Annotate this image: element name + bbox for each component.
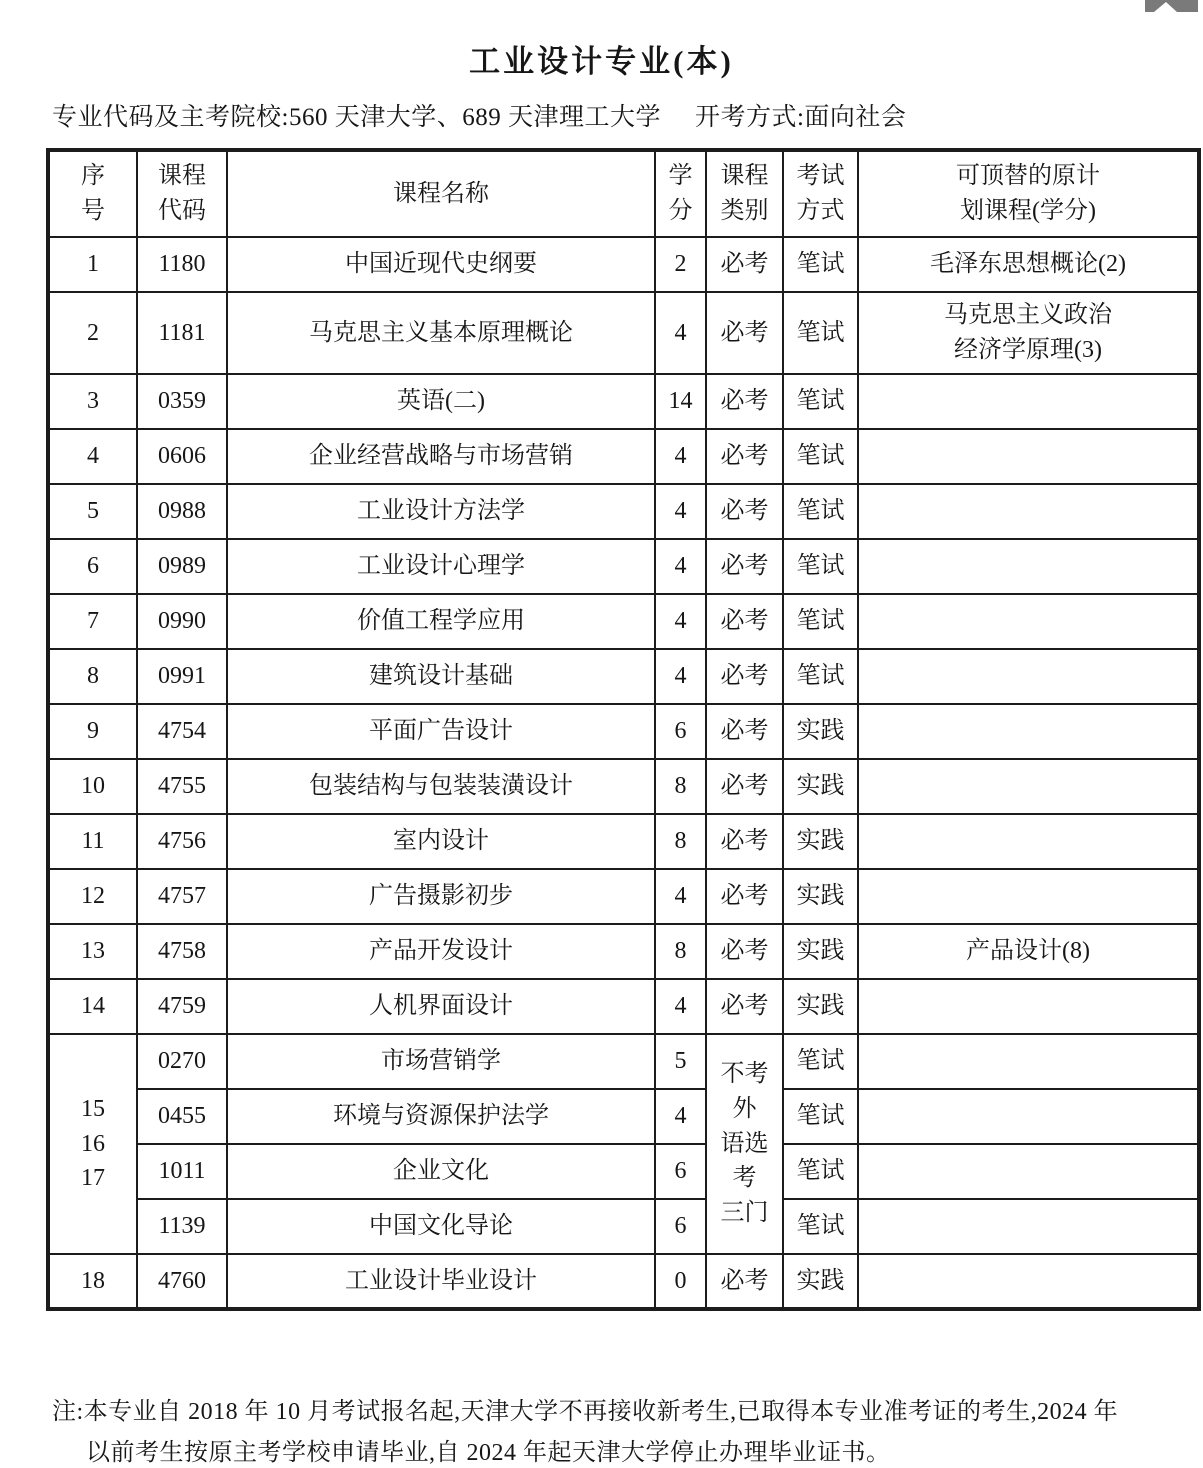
cell-exam: 实践 xyxy=(783,759,858,814)
cell-code: 0990 xyxy=(137,594,227,649)
cell-exam: 笔试 xyxy=(783,1034,858,1089)
cell-replace: 马克思主义政治 经济学原理(3) xyxy=(858,292,1199,374)
cell-credits: 8 xyxy=(655,924,706,979)
col-header-code: 课程 代码 xyxy=(137,150,227,237)
cell-code: 1011 xyxy=(137,1144,227,1199)
cell-replace xyxy=(858,649,1199,704)
cell-exam: 笔试 xyxy=(783,1089,858,1144)
cell-name: 英语(二) xyxy=(227,374,655,429)
cell-code: 0455 xyxy=(137,1089,227,1144)
cell-category: 必考 xyxy=(706,814,783,869)
cell-replace xyxy=(858,539,1199,594)
cell-replace xyxy=(858,1034,1199,1089)
cell-exam: 笔试 xyxy=(783,594,858,649)
col-header-exam: 考试 方式 xyxy=(783,150,858,237)
col-header-credits: 学 分 xyxy=(655,150,706,237)
cell-credits: 5 xyxy=(655,1034,706,1089)
header-row: 序 号 课程 代码 课程名称 学 分 课程 类别 考试 方式 可顶替的原计 划课… xyxy=(48,150,1199,237)
cell-replace xyxy=(858,429,1199,484)
cell-credits: 4 xyxy=(655,429,706,484)
cell-code: 1181 xyxy=(137,292,227,374)
cell-code: 0359 xyxy=(137,374,227,429)
col-header-replace: 可顶替的原计 划课程(学分) xyxy=(858,150,1199,237)
cell-category-merged: 不考外 语选考 三门 xyxy=(706,1034,783,1254)
cell-name: 企业文化 xyxy=(227,1144,655,1199)
col-header-category: 课程 类别 xyxy=(706,150,783,237)
cell-category: 必考 xyxy=(706,869,783,924)
cell-category: 必考 xyxy=(706,594,783,649)
table-row: 14 4759 人机界面设计 4 必考 实践 xyxy=(48,979,1199,1034)
cell-name: 价值工程学应用 xyxy=(227,594,655,649)
table-row: 10 4755 包装结构与包装装潢设计 8 必考 实践 xyxy=(48,759,1199,814)
cell-category: 必考 xyxy=(706,979,783,1034)
cell-code: 0989 xyxy=(137,539,227,594)
cell-replace: 产品设计(8) xyxy=(858,924,1199,979)
cell-name: 工业设计方法学 xyxy=(227,484,655,539)
table-row: 9 4754 平面广告设计 6 必考 实践 xyxy=(48,704,1199,759)
cell-category: 必考 xyxy=(706,759,783,814)
cell-code: 4758 xyxy=(137,924,227,979)
cell-exam: 实践 xyxy=(783,869,858,924)
cell-code: 1180 xyxy=(137,237,227,292)
cell-name: 人机界面设计 xyxy=(227,979,655,1034)
footnote-line2: 以前考生按原主考学校申请毕业,自 2024 年起天津大学停止办理毕业证书。 xyxy=(52,1433,1167,1468)
page-title: 工业设计专业(本) xyxy=(0,36,1203,81)
cell-seq: 7 xyxy=(48,594,137,649)
cell-name: 室内设计 xyxy=(227,814,655,869)
cell-name: 环境与资源保护法学 xyxy=(227,1089,655,1144)
table-row: 5 0988 工业设计方法学 4 必考 笔试 xyxy=(48,484,1199,539)
footnote-line1: 注:本专业自 2018 年 10 月考试报名起,天津大学不再接收新考生,已取得本… xyxy=(52,1392,1167,1433)
table-row: 3 0359 英语(二) 14 必考 笔试 xyxy=(48,374,1199,429)
cell-category: 必考 xyxy=(706,292,783,374)
cell-exam: 笔试 xyxy=(783,292,858,374)
cell-replace xyxy=(858,979,1199,1034)
table-row: 7 0990 价值工程学应用 4 必考 笔试 xyxy=(48,594,1199,649)
footnote: 注:本专业自 2018 年 10 月考试报名起,天津大学不再接收新考生,已取得本… xyxy=(52,1392,1167,1468)
cell-name: 包装结构与包装装潢设计 xyxy=(227,759,655,814)
cell-name: 马克思主义基本原理概论 xyxy=(227,292,655,374)
cell-replace xyxy=(858,814,1199,869)
subtitle-exam-mode: 开考方式:面向社会 xyxy=(695,104,906,131)
corner-artifact-notch xyxy=(1154,2,1177,12)
table-row: 4 0606 企业经营战略与市场营销 4 必考 笔试 xyxy=(48,429,1199,484)
cell-seq: 18 xyxy=(48,1254,137,1309)
cell-seq: 12 xyxy=(48,869,137,924)
cell-name: 建筑设计基础 xyxy=(227,649,655,704)
cell-credits: 4 xyxy=(655,292,706,374)
cell-code: 4754 xyxy=(137,704,227,759)
cell-exam: 实践 xyxy=(783,1254,858,1309)
cell-exam: 笔试 xyxy=(783,374,858,429)
cell-name: 中国近现代史纲要 xyxy=(227,237,655,292)
cell-seq: 4 xyxy=(48,429,137,484)
cell-name: 市场营销学 xyxy=(227,1034,655,1089)
cell-exam: 笔试 xyxy=(783,539,858,594)
table-row: 8 0991 建筑设计基础 4 必考 笔试 xyxy=(48,649,1199,704)
cell-seq-merged: 15 16 17 xyxy=(48,1034,137,1254)
table-row: 2 1181 马克思主义基本原理概论 4 必考 笔试 马克思主义政治 经济学原理… xyxy=(48,292,1199,374)
cell-replace xyxy=(858,484,1199,539)
cell-seq: 10 xyxy=(48,759,137,814)
col-header-name: 课程名称 xyxy=(227,150,655,237)
cell-category: 必考 xyxy=(706,704,783,759)
cell-code: 4757 xyxy=(137,869,227,924)
cell-code: 4755 xyxy=(137,759,227,814)
cell-credits: 4 xyxy=(655,539,706,594)
cell-credits: 14 xyxy=(655,374,706,429)
cell-exam: 笔试 xyxy=(783,649,858,704)
cell-replace xyxy=(858,1089,1199,1144)
cell-credits: 6 xyxy=(655,1144,706,1199)
table-row: 12 4757 广告摄影初步 4 必考 实践 xyxy=(48,869,1199,924)
cell-exam: 笔试 xyxy=(783,1199,858,1254)
cell-category: 必考 xyxy=(706,649,783,704)
cell-seq: 9 xyxy=(48,704,137,759)
cell-name: 广告摄影初步 xyxy=(227,869,655,924)
cell-seq: 2 xyxy=(48,292,137,374)
cell-code: 0991 xyxy=(137,649,227,704)
cell-replace xyxy=(858,1254,1199,1309)
cell-credits: 4 xyxy=(655,979,706,1034)
cell-name: 工业设计毕业设计 xyxy=(227,1254,655,1309)
cell-category: 必考 xyxy=(706,237,783,292)
subtitle: 专业代码及主考院校:560 天津大学、689 天津理工大学开考方式:面向社会 xyxy=(52,97,906,133)
cell-seq: 14 xyxy=(48,979,137,1034)
cell-credits: 4 xyxy=(655,1089,706,1144)
cell-credits: 4 xyxy=(655,649,706,704)
cell-replace xyxy=(858,594,1199,649)
table-row-group: 0455 环境与资源保护法学 4 笔试 xyxy=(48,1089,1199,1144)
table-row-group: 15 16 17 0270 市场营销学 5 不考外 语选考 三门 笔试 xyxy=(48,1034,1199,1089)
cell-replace xyxy=(858,759,1199,814)
corner-artifact-icon xyxy=(1145,0,1198,12)
cell-code: 4756 xyxy=(137,814,227,869)
cell-exam: 实践 xyxy=(783,979,858,1034)
cell-seq: 5 xyxy=(48,484,137,539)
table-row-group: 1011 企业文化 6 笔试 xyxy=(48,1144,1199,1199)
cell-credits: 4 xyxy=(655,484,706,539)
cell-replace xyxy=(858,869,1199,924)
cell-exam: 笔试 xyxy=(783,1144,858,1199)
cell-replace xyxy=(858,1199,1199,1254)
cell-exam: 实践 xyxy=(783,704,858,759)
table-row: 1 1180 中国近现代史纲要 2 必考 笔试 毛泽东思想概论(2) xyxy=(48,237,1199,292)
cell-credits: 8 xyxy=(655,814,706,869)
cell-seq: 8 xyxy=(48,649,137,704)
cell-replace xyxy=(858,704,1199,759)
cell-replace xyxy=(858,1144,1199,1199)
cell-credits: 4 xyxy=(655,594,706,649)
cell-category: 必考 xyxy=(706,374,783,429)
cell-name: 企业经营战略与市场营销 xyxy=(227,429,655,484)
cell-category: 必考 xyxy=(706,539,783,594)
cell-code: 0988 xyxy=(137,484,227,539)
cell-category: 必考 xyxy=(706,924,783,979)
cell-replace xyxy=(858,374,1199,429)
table-row: 18 4760 工业设计毕业设计 0 必考 实践 xyxy=(48,1254,1199,1309)
cell-exam: 笔试 xyxy=(783,484,858,539)
cell-credits: 4 xyxy=(655,869,706,924)
course-table: 序 号 课程 代码 课程名称 学 分 课程 类别 考试 方式 可顶替的原计 划课… xyxy=(46,148,1201,1311)
cell-seq: 13 xyxy=(48,924,137,979)
cell-seq: 11 xyxy=(48,814,137,869)
cell-code: 0606 xyxy=(137,429,227,484)
cell-name: 产品开发设计 xyxy=(227,924,655,979)
cell-name: 中国文化导论 xyxy=(227,1199,655,1254)
cell-exam: 实践 xyxy=(783,924,858,979)
cell-credits: 6 xyxy=(655,704,706,759)
cell-exam: 笔试 xyxy=(783,237,858,292)
table-row-group: 1139 中国文化导论 6 笔试 xyxy=(48,1199,1199,1254)
cell-credits: 2 xyxy=(655,237,706,292)
table-row: 6 0989 工业设计心理学 4 必考 笔试 xyxy=(48,539,1199,594)
cell-category: 必考 xyxy=(706,1254,783,1309)
cell-seq: 6 xyxy=(48,539,137,594)
table-row: 11 4756 室内设计 8 必考 实践 xyxy=(48,814,1199,869)
cell-seq: 1 xyxy=(48,237,137,292)
cell-credits: 6 xyxy=(655,1199,706,1254)
cell-code: 0270 xyxy=(137,1034,227,1089)
table-row: 13 4758 产品开发设计 8 必考 实践 产品设计(8) xyxy=(48,924,1199,979)
cell-code: 4760 xyxy=(137,1254,227,1309)
cell-code: 4759 xyxy=(137,979,227,1034)
cell-exam: 笔试 xyxy=(783,429,858,484)
cell-replace: 毛泽东思想概论(2) xyxy=(858,237,1199,292)
cell-credits: 8 xyxy=(655,759,706,814)
cell-name: 工业设计心理学 xyxy=(227,539,655,594)
col-header-seq: 序 号 xyxy=(48,150,137,237)
cell-name: 平面广告设计 xyxy=(227,704,655,759)
cell-category: 必考 xyxy=(706,484,783,539)
subtitle-major-code: 专业代码及主考院校:560 天津大学、689 天津理工大学 xyxy=(52,104,661,131)
cell-exam: 实践 xyxy=(783,814,858,869)
cell-code: 1139 xyxy=(137,1199,227,1254)
cell-seq: 3 xyxy=(48,374,137,429)
cell-category: 必考 xyxy=(706,429,783,484)
cell-credits: 0 xyxy=(655,1254,706,1309)
